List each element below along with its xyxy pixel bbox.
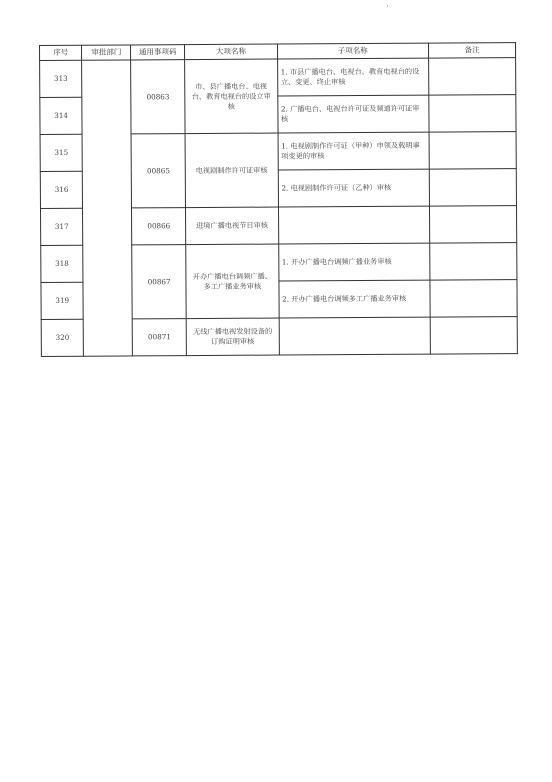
seq-cell: 318 — [41, 245, 84, 282]
seq-cell: 320 — [41, 319, 84, 356]
header-code: 通用事项码 — [131, 45, 185, 60]
note-cell — [429, 169, 516, 207]
seq-cell: 319 — [41, 282, 84, 319]
seq-cell: 313 — [40, 60, 83, 97]
code-cell: 00867 — [132, 245, 186, 319]
major-item-cell: 市、县广播电台、电视台、教育电视台的设立审核 — [185, 59, 278, 134]
header-sub-item: 子项名称 — [277, 43, 428, 59]
sub-item-cell: 1. 开办广播电台调频广播业务审核 — [278, 243, 429, 281]
sub-item-cell: 1. 市县广播电台、电视台、教育电视台的设立、变更、终止审核 — [277, 58, 428, 96]
table-row: 313 00863 市、县广播电台、电视台、教育电视台的设立审核 1. 市县广播… — [40, 58, 516, 98]
code-cell: 00863 — [131, 60, 185, 134]
sub-item-cell: 2. 电视剧制作许可证（乙种）审核 — [278, 169, 429, 207]
seq-cell: 314 — [40, 97, 83, 134]
note-cell — [429, 206, 516, 244]
code-cell: 00871 — [132, 319, 186, 356]
sub-item-cell — [278, 206, 429, 244]
seq-cell: 317 — [40, 208, 83, 245]
seq-cell: 316 — [40, 171, 83, 208]
header-dept: 审批部门 — [82, 45, 131, 60]
dept-cell — [82, 60, 133, 356]
sub-item-cell: 2. 开办广播电台调频多工广播业务审核 — [279, 280, 430, 318]
note-cell — [430, 317, 517, 355]
header-major-item: 大项名称 — [185, 44, 277, 60]
code-cell: 00865 — [131, 134, 185, 208]
major-item-cell: 进境广播电视节目审核 — [186, 207, 279, 245]
code-cell: 00866 — [132, 208, 186, 245]
sub-item-cell: 1. 电视剧制作许可证（甲种）申领及载明事项变更的审核 — [278, 132, 429, 170]
sub-item-cell — [279, 317, 430, 355]
sub-item-cell: 2. 广播电台、电视台许可证及频道许可证审核 — [277, 95, 428, 133]
note-cell — [429, 132, 516, 170]
note-cell — [430, 280, 517, 318]
scan-speck — [387, 5, 388, 7]
note-cell — [428, 58, 515, 96]
note-cell — [429, 243, 516, 281]
header-seq: 序号 — [40, 45, 82, 60]
major-item-cell: 无线广播电视发射设备的订购证明审核 — [186, 318, 279, 356]
note-cell — [429, 95, 516, 133]
seq-cell: 315 — [40, 134, 83, 171]
major-item-cell: 电视剧制作许可证审核 — [185, 133, 278, 208]
approval-items-table: 序号 审批部门 通用事项码 大项名称 子项名称 备注 313 00863 市、县… — [39, 42, 518, 357]
major-item-cell: 开办广播电台调频广播、多工广播业务审核 — [186, 244, 279, 319]
header-note: 备注 — [428, 43, 515, 59]
